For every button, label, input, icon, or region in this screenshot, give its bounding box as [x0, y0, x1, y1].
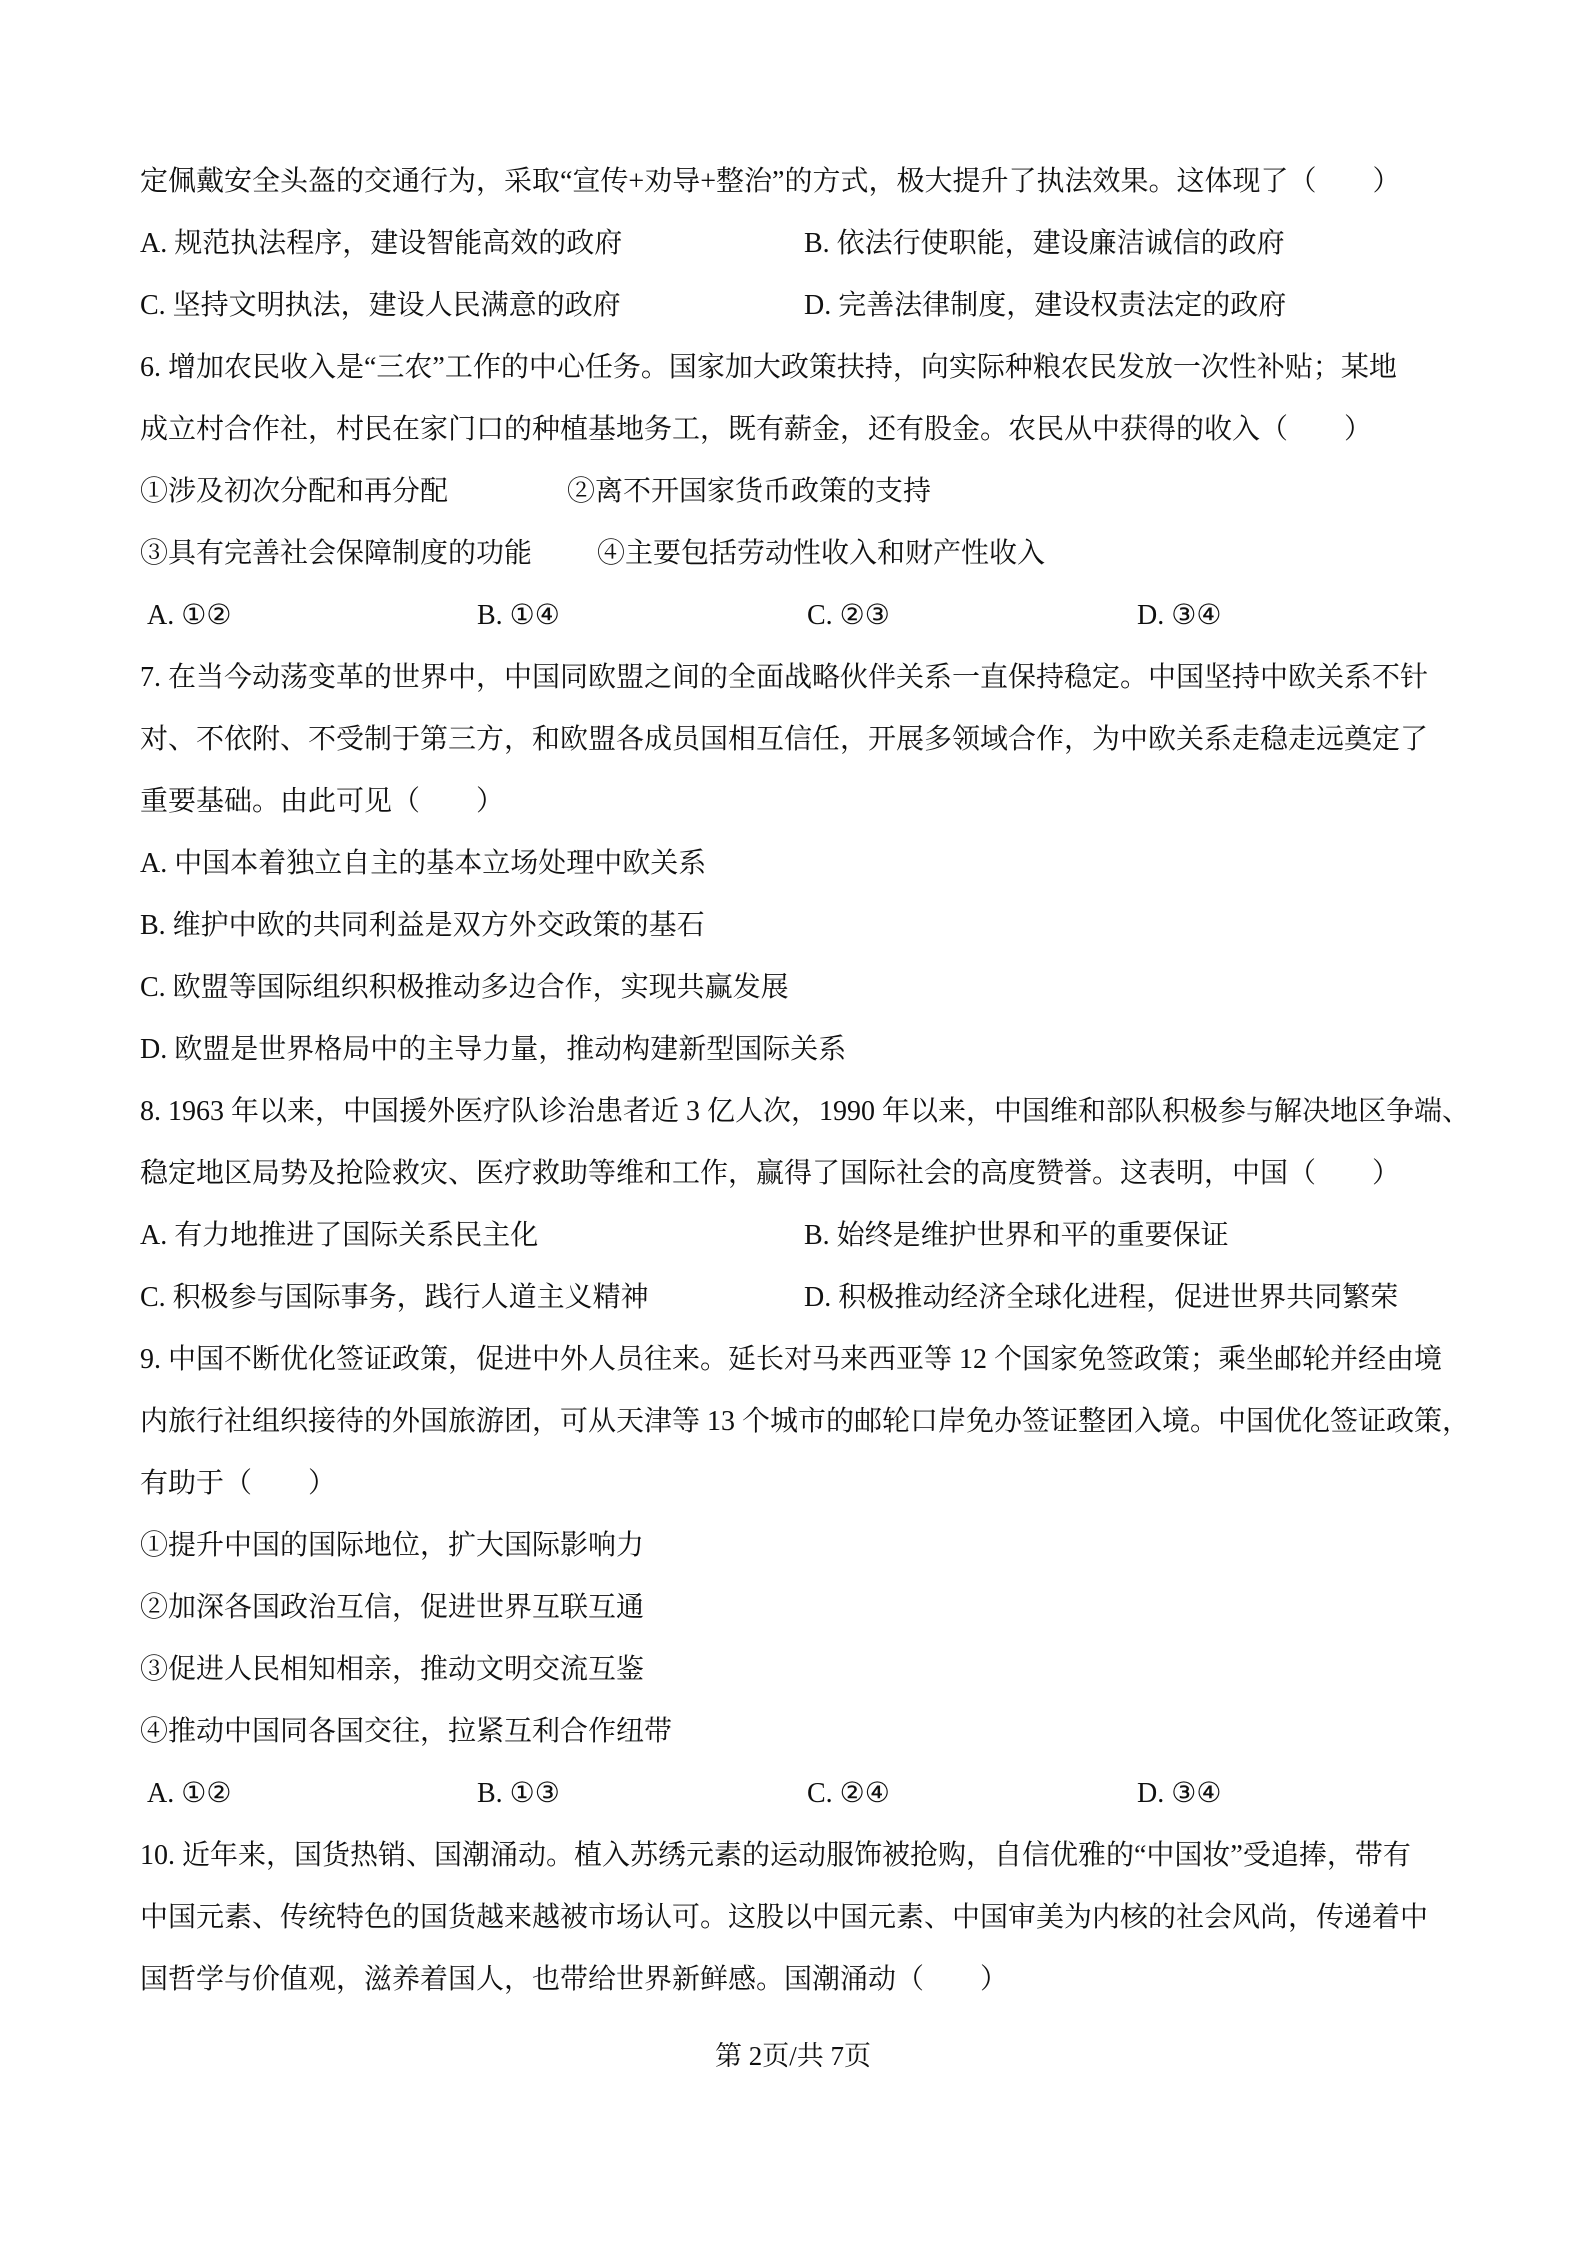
q7-option-a: A. 中国本着独立自主的基本立场处理中欧关系	[140, 833, 1520, 895]
q8-option-b: B. 始终是维护世界和平的重要保证	[804, 1205, 1229, 1267]
q5-options-row-ab: A. 规范执法程序，建设智能高效的政府 B. 依法行使职能，建设廉洁诚信的政府	[140, 213, 1520, 275]
q7-option-d: D. 欧盟是世界格局中的主导力量，推动构建新型国际关系	[140, 1019, 1520, 1081]
q9-choices-row: A. ①② B. ①③ C. ②④ D. ③④	[140, 1763, 1520, 1825]
q8-stem-line-2: 稳定地区局势及抢险救灾、医疗救助等维和工作，赢得了国际社会的高度赞誉。这表明，中…	[140, 1143, 1520, 1205]
q6-choices-row: A. ①② B. ①④ C. ②③ D. ③④	[140, 585, 1520, 647]
q7-option-b: B. 维护中欧的共同利益是双方外交政策的基石	[140, 895, 1520, 957]
q9-stem-line-1: 9. 中国不断优化签证政策，促进中外人员往来。延长对马来西亚等 12 个国家免签…	[140, 1329, 1520, 1391]
q8-options-row-cd: C. 积极参与国际事务，践行人道主义精神 D. 积极推动经济全球化进程，促进世界…	[140, 1267, 1520, 1329]
page-number-footer: 第 2页/共 7页	[0, 2034, 1586, 2078]
q9-choice-a: A. ①②	[147, 1763, 477, 1825]
q7-stem-line-1: 7. 在当今动荡变革的世界中，中国同欧盟之间的全面战略伙伴关系一直保持稳定。中国…	[140, 647, 1520, 709]
q9-item-4: ④推动中国同各国交往，拉紧互利合作纽带	[140, 1701, 1520, 1763]
q9-choice-b: B. ①③	[477, 1763, 807, 1825]
q6-item-4: ④主要包括劳动性收入和财产性收入	[597, 523, 1045, 585]
q6-item-2: ②离不开国家货币政策的支持	[567, 461, 931, 523]
q6-item-1: ①涉及初次分配和再分配	[140, 461, 567, 523]
q6-choice-b: B. ①④	[477, 585, 807, 647]
q10-stem-line-3: 国哲学与价值观，滋养着国人，也带给世界新鲜感。国潮涌动（ ）	[140, 1949, 1520, 2011]
q9-item-3: ③促进人民相知相亲，推动文明交流互鉴	[140, 1639, 1520, 1701]
q8-option-a: A. 有力地推进了国际关系民主化	[140, 1205, 804, 1267]
q5-option-a: A. 规范执法程序，建设智能高效的政府	[140, 213, 804, 275]
q10-stem-line-1: 10. 近年来，国货热销、国潮涌动。植入苏绣元素的运动服饰被抢购，自信优雅的“中…	[140, 1825, 1520, 1887]
q8-option-d: D. 积极推动经济全球化进程，促进世界共同繁荣	[804, 1267, 1398, 1329]
q9-choice-c: C. ②④	[807, 1763, 1137, 1825]
exam-questions: 定佩戴安全头盔的交通行为，采取“宣传+劝导+整治”的方式，极大提升了执法效果。这…	[140, 151, 1520, 2011]
q5-stem-tail: 定佩戴安全头盔的交通行为，采取“宣传+劝导+整治”的方式，极大提升了执法效果。这…	[140, 151, 1520, 213]
q8-options-row-ab: A. 有力地推进了国际关系民主化 B. 始终是维护世界和平的重要保证	[140, 1205, 1520, 1267]
q5-option-c: C. 坚持文明执法，建设人民满意的政府	[140, 275, 804, 337]
q9-item-1: ①提升中国的国际地位，扩大国际影响力	[140, 1515, 1520, 1577]
q7-stem-line-2: 对、不依附、不受制于第三方，和欧盟各成员国相互信任，开展多领域合作，为中欧关系走…	[140, 709, 1520, 771]
q8-stem-line-1: 8. 1963 年以来，中国援外医疗队诊治患者近 3 亿人次，1990 年以来，…	[140, 1081, 1520, 1143]
q7-stem-line-3: 重要基础。由此可见（ ）	[140, 771, 1520, 833]
q6-choice-a: A. ①②	[147, 585, 477, 647]
q6-item-3: ③具有完善社会保障制度的功能	[140, 523, 597, 585]
q6-stem-line-2: 成立村合作社，村民在家门口的种植基地务工，既有薪金，还有股金。农民从中获得的收入…	[140, 399, 1520, 461]
q6-choice-c: C. ②③	[807, 585, 1137, 647]
q9-choice-d: D. ③④	[1137, 1763, 1221, 1825]
q5-option-d: D. 完善法律制度，建设权责法定的政府	[804, 275, 1286, 337]
q6-items-row-1: ①涉及初次分配和再分配 ②离不开国家货币政策的支持	[140, 461, 1520, 523]
q7-option-c: C. 欧盟等国际组织积极推动多边合作，实现共赢发展	[140, 957, 1520, 1019]
q8-option-c: C. 积极参与国际事务，践行人道主义精神	[140, 1267, 804, 1329]
exam-document-page: 定佩戴安全头盔的交通行为，采取“宣传+劝导+整治”的方式，极大提升了执法效果。这…	[0, 0, 1586, 2244]
q9-stem-line-3: 有助于（ ）	[140, 1453, 1520, 1515]
q10-stem-line-2: 中国元素、传统特色的国货越来越被市场认可。这股以中国元素、中国审美为内核的社会风…	[140, 1887, 1520, 1949]
q9-stem-line-2: 内旅行社组织接待的外国旅游团，可从天津等 13 个城市的邮轮口岸免办签证整团入境…	[140, 1391, 1520, 1453]
q6-choice-d: D. ③④	[1137, 585, 1221, 647]
q5-options-row-cd: C. 坚持文明执法，建设人民满意的政府 D. 完善法律制度，建设权责法定的政府	[140, 275, 1520, 337]
q5-option-b: B. 依法行使职能，建设廉洁诚信的政府	[804, 213, 1285, 275]
q6-items-row-2: ③具有完善社会保障制度的功能 ④主要包括劳动性收入和财产性收入	[140, 523, 1520, 585]
q9-item-2: ②加深各国政治互信，促进世界互联互通	[140, 1577, 1520, 1639]
q6-stem-line-1: 6. 增加农民收入是“三农”工作的中心任务。国家加大政策扶持，向实际种粮农民发放…	[140, 337, 1520, 399]
